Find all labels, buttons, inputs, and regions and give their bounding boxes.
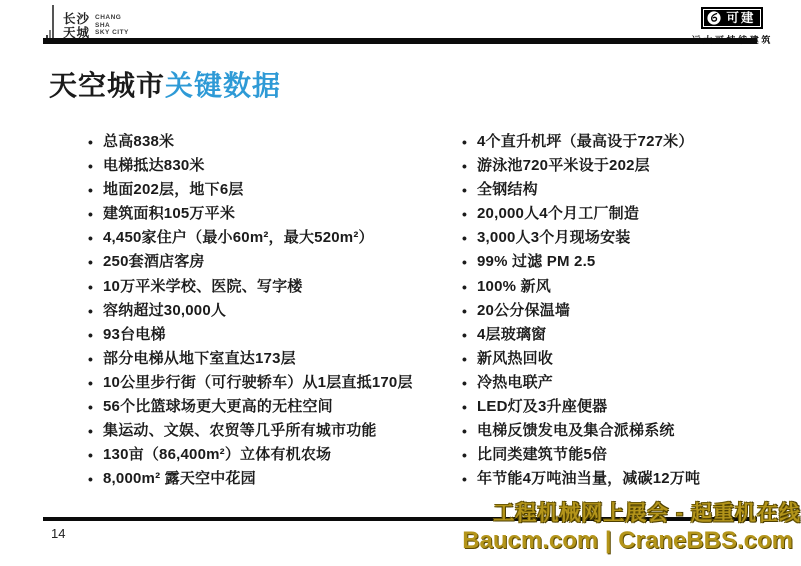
bullet-item: 10公里步行街（可行驶轿车）从1层直抵170层 xyxy=(87,371,413,395)
bullet-item: 电梯反馈发电及集合派梯系统 xyxy=(461,419,700,443)
bullet-item: 地面202层，地下6层 xyxy=(87,178,413,202)
bullet-item: 部分电梯从地下室直达173层 xyxy=(87,347,413,371)
logo-cn-line1: 长沙 xyxy=(63,12,90,26)
bullet-item: 年节能4万吨油当量，减碳12万吨 xyxy=(461,467,700,491)
bullet-item: 总高838米 xyxy=(87,130,413,154)
bullet-item: 电梯抵达830米 xyxy=(87,154,413,178)
logo-chinese-text: 长沙 天城 xyxy=(63,12,90,40)
bullet-item: 93台电梯 xyxy=(87,323,413,347)
bullet-item: 250套酒店客房 xyxy=(87,250,413,274)
bullet-item: 比同类建筑节能5倍 xyxy=(461,443,700,467)
bullet-item: 8,000m² 露天空中花园 xyxy=(87,467,413,491)
watermark-line1: 工程机械网上展会 - 起重机在线 xyxy=(462,503,801,524)
bullet-item: 容纳超过30,000人 xyxy=(87,299,413,323)
bullet-item: 全钢结构 xyxy=(461,178,700,202)
top-divider xyxy=(43,38,757,44)
bullet-item: 4层玻璃窗 xyxy=(461,323,700,347)
slide: 长沙 天城 CHANG SHA SKY CITY 可建 远大可持续建筑 天空城市… xyxy=(0,0,801,566)
bullet-item: 10万平米学校、医院、写字楼 xyxy=(87,275,413,299)
bullet-item: 56个比篮球场更大更高的无柱空间 xyxy=(87,395,413,419)
bullet-item: 20,000人4个月工厂制造 xyxy=(461,202,700,226)
logo-en-line1: CHANG xyxy=(95,14,129,22)
logo-en-line3: SKY CITY xyxy=(95,29,129,37)
title-black: 天空城市 xyxy=(49,70,165,101)
bullet-item: 100% 新风 xyxy=(461,275,700,299)
bullet-item: 游泳池720平米设于202层 xyxy=(461,154,700,178)
bullet-list-left: 总高838米电梯抵达830米地面202层，地下6层建筑面积105万平米4,450… xyxy=(87,130,413,491)
bullet-item: 4个直升机坪（最高设于727米） xyxy=(461,130,700,154)
bullet-item: LED灯及3升座便器 xyxy=(461,395,700,419)
bullet-list-right: 4个直升机坪（最高设于727米）游泳池720平米设于202层全钢结构20,000… xyxy=(461,130,700,491)
bullet-item: 冷热电联产 xyxy=(461,371,700,395)
logo-en-line2: SHA xyxy=(95,22,129,30)
bullet-item: 新风热回收 xyxy=(461,347,700,371)
bullet-item: 集运动、文娱、农贸等几乎所有城市功能 xyxy=(87,419,413,443)
watermark-line2: Baucm.com | CraneBBS.com xyxy=(462,529,801,553)
bullet-item: 20公分保温墙 xyxy=(461,299,700,323)
kejian-badge: 可建 xyxy=(701,7,763,29)
badge-label: 可建 xyxy=(726,12,755,25)
page-number: 14 xyxy=(51,526,65,541)
page-title: 天空城市关键数据 xyxy=(49,64,281,104)
logo-english-text: CHANG SHA SKY CITY xyxy=(95,14,129,37)
bullet-item: 130亩（86,400m²）立体有机农场 xyxy=(87,443,413,467)
bullet-item: 4,450家住户（最小60m²，最大520m²） xyxy=(87,226,413,250)
title-accent: 关键数据 xyxy=(165,70,281,101)
broad-logo-icon xyxy=(707,11,721,25)
bullet-item: 99% 过滤 PM 2.5 xyxy=(461,250,700,274)
bullet-item: 3,000人3个月现场安装 xyxy=(461,226,700,250)
watermark: 工程机械网上展会 - 起重机在线 Baucm.com | CraneBBS.co… xyxy=(462,503,801,553)
bullet-item: 建筑面积105万平米 xyxy=(87,202,413,226)
